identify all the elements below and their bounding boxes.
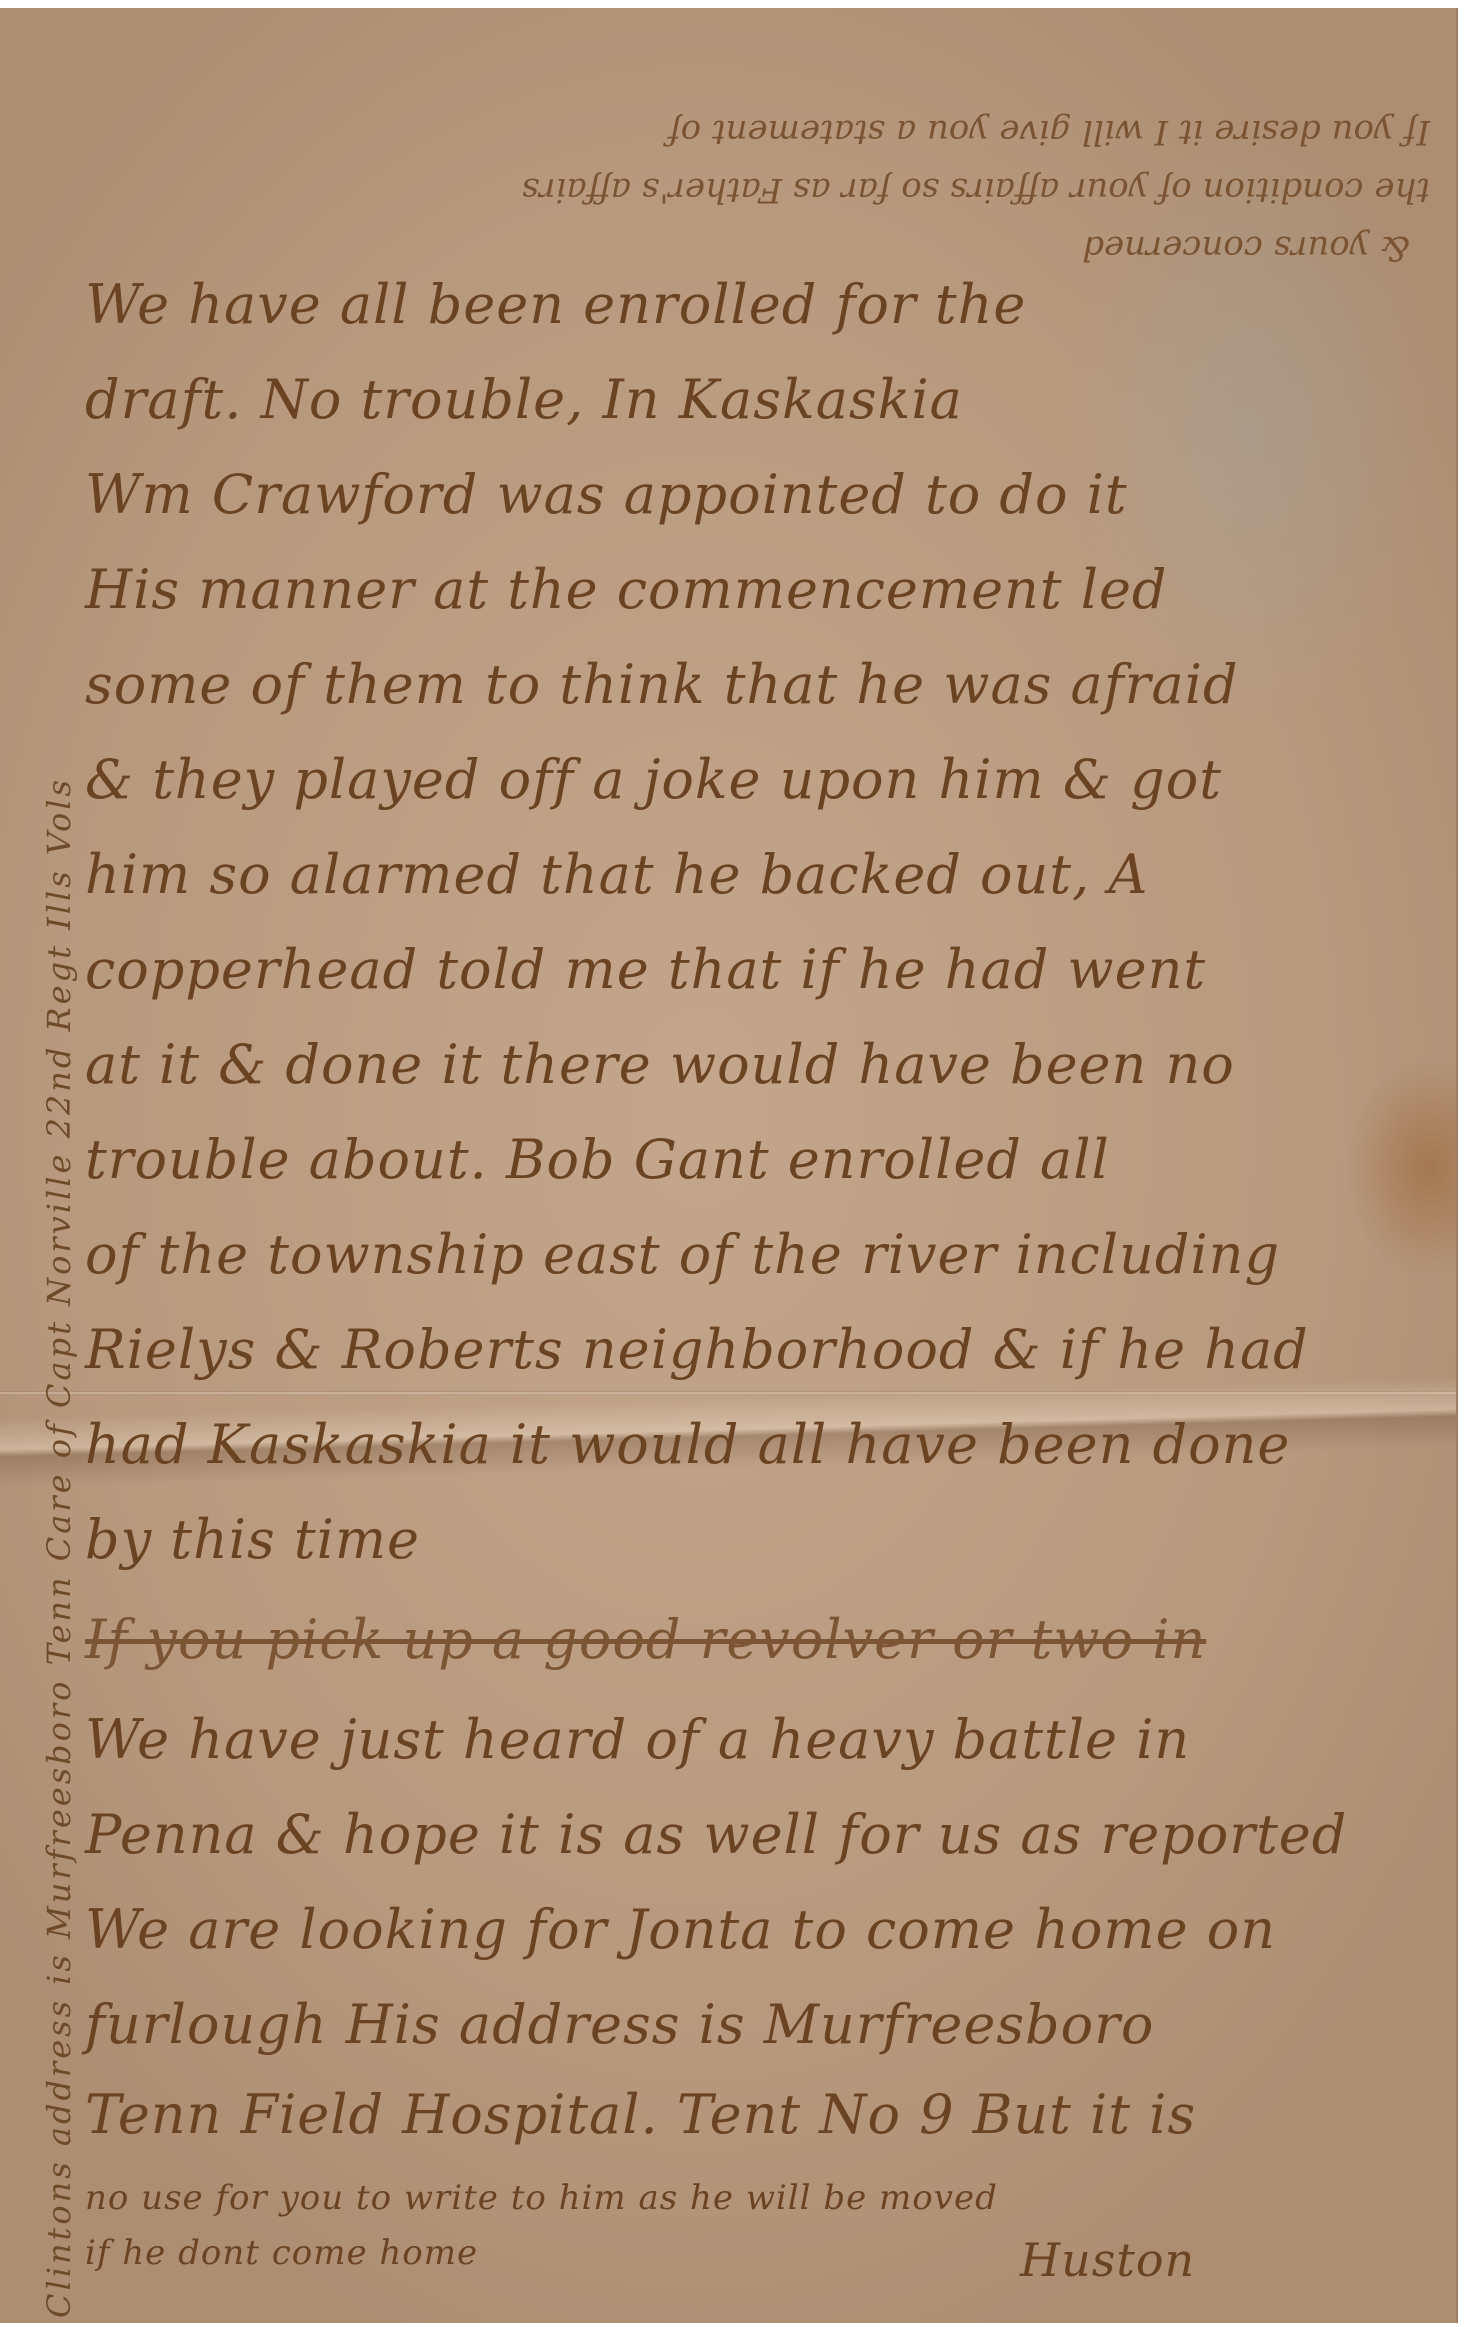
letter-line: at it & done it there would have been no	[85, 1033, 1235, 1096]
letter-line: him so alarmed that he backed out, A	[85, 843, 1148, 906]
upside-note-line: the condition of your affairs so far as …	[30, 161, 1430, 219]
letter-line: Wm Crawford was appointed to do it	[85, 463, 1128, 526]
signature: Huston	[1020, 2233, 1195, 2287]
letter-line: trouble about. Bob Gant enrolled all	[85, 1128, 1110, 1191]
upside-note-line: & yours concerned	[30, 219, 1430, 277]
letter-line-small: if he dont come home	[85, 2233, 478, 2273]
letter-line: We have all been enrolled for the	[85, 273, 1026, 336]
letter-line-small: no use for you to write to him as he wil…	[85, 2178, 998, 2218]
letter-line: had Kaskaskia it would all have been don…	[85, 1413, 1290, 1476]
letter-line: by this time	[85, 1508, 420, 1571]
letter-line: We are looking for Jonta to come home on	[85, 1898, 1276, 1961]
margin-note-vertical: Clintons address is Murfreesboro Tenn Ca…	[40, 777, 78, 2318]
letter-page: & yours concerned the condition of your …	[0, 8, 1458, 2323]
letter-line: & they played off a joke upon him & got	[85, 748, 1222, 811]
letter-line: copperhead told me that if he had went	[85, 938, 1206, 1001]
upside-note-line: If you desire it I will give you a state…	[30, 103, 1430, 161]
letter-line: of the township east of the river includ…	[85, 1223, 1280, 1286]
letter-line: Rielys & Roberts neighborhood & if he ha…	[85, 1318, 1309, 1381]
letter-line: Tenn Field Hospital. Tent No 9 But it is	[85, 2083, 1196, 2146]
letter-line: some of them to think that he was afraid	[85, 653, 1239, 716]
letter-line: draft. No trouble, In Kaskaskia	[85, 368, 963, 431]
letter-line: We have just heard of a heavy battle in	[85, 1708, 1190, 1771]
letter-line: furlough His address is Murfreesboro	[85, 1993, 1154, 2056]
upside-down-note: & yours concerned the condition of your …	[30, 103, 1430, 277]
letter-line: Penna & hope it is as well for us as rep…	[85, 1803, 1347, 1866]
struck-through-line: If you pick up a good revolver or two in	[85, 1608, 1206, 1671]
letter-line: His manner at the commencement led	[85, 558, 1168, 621]
